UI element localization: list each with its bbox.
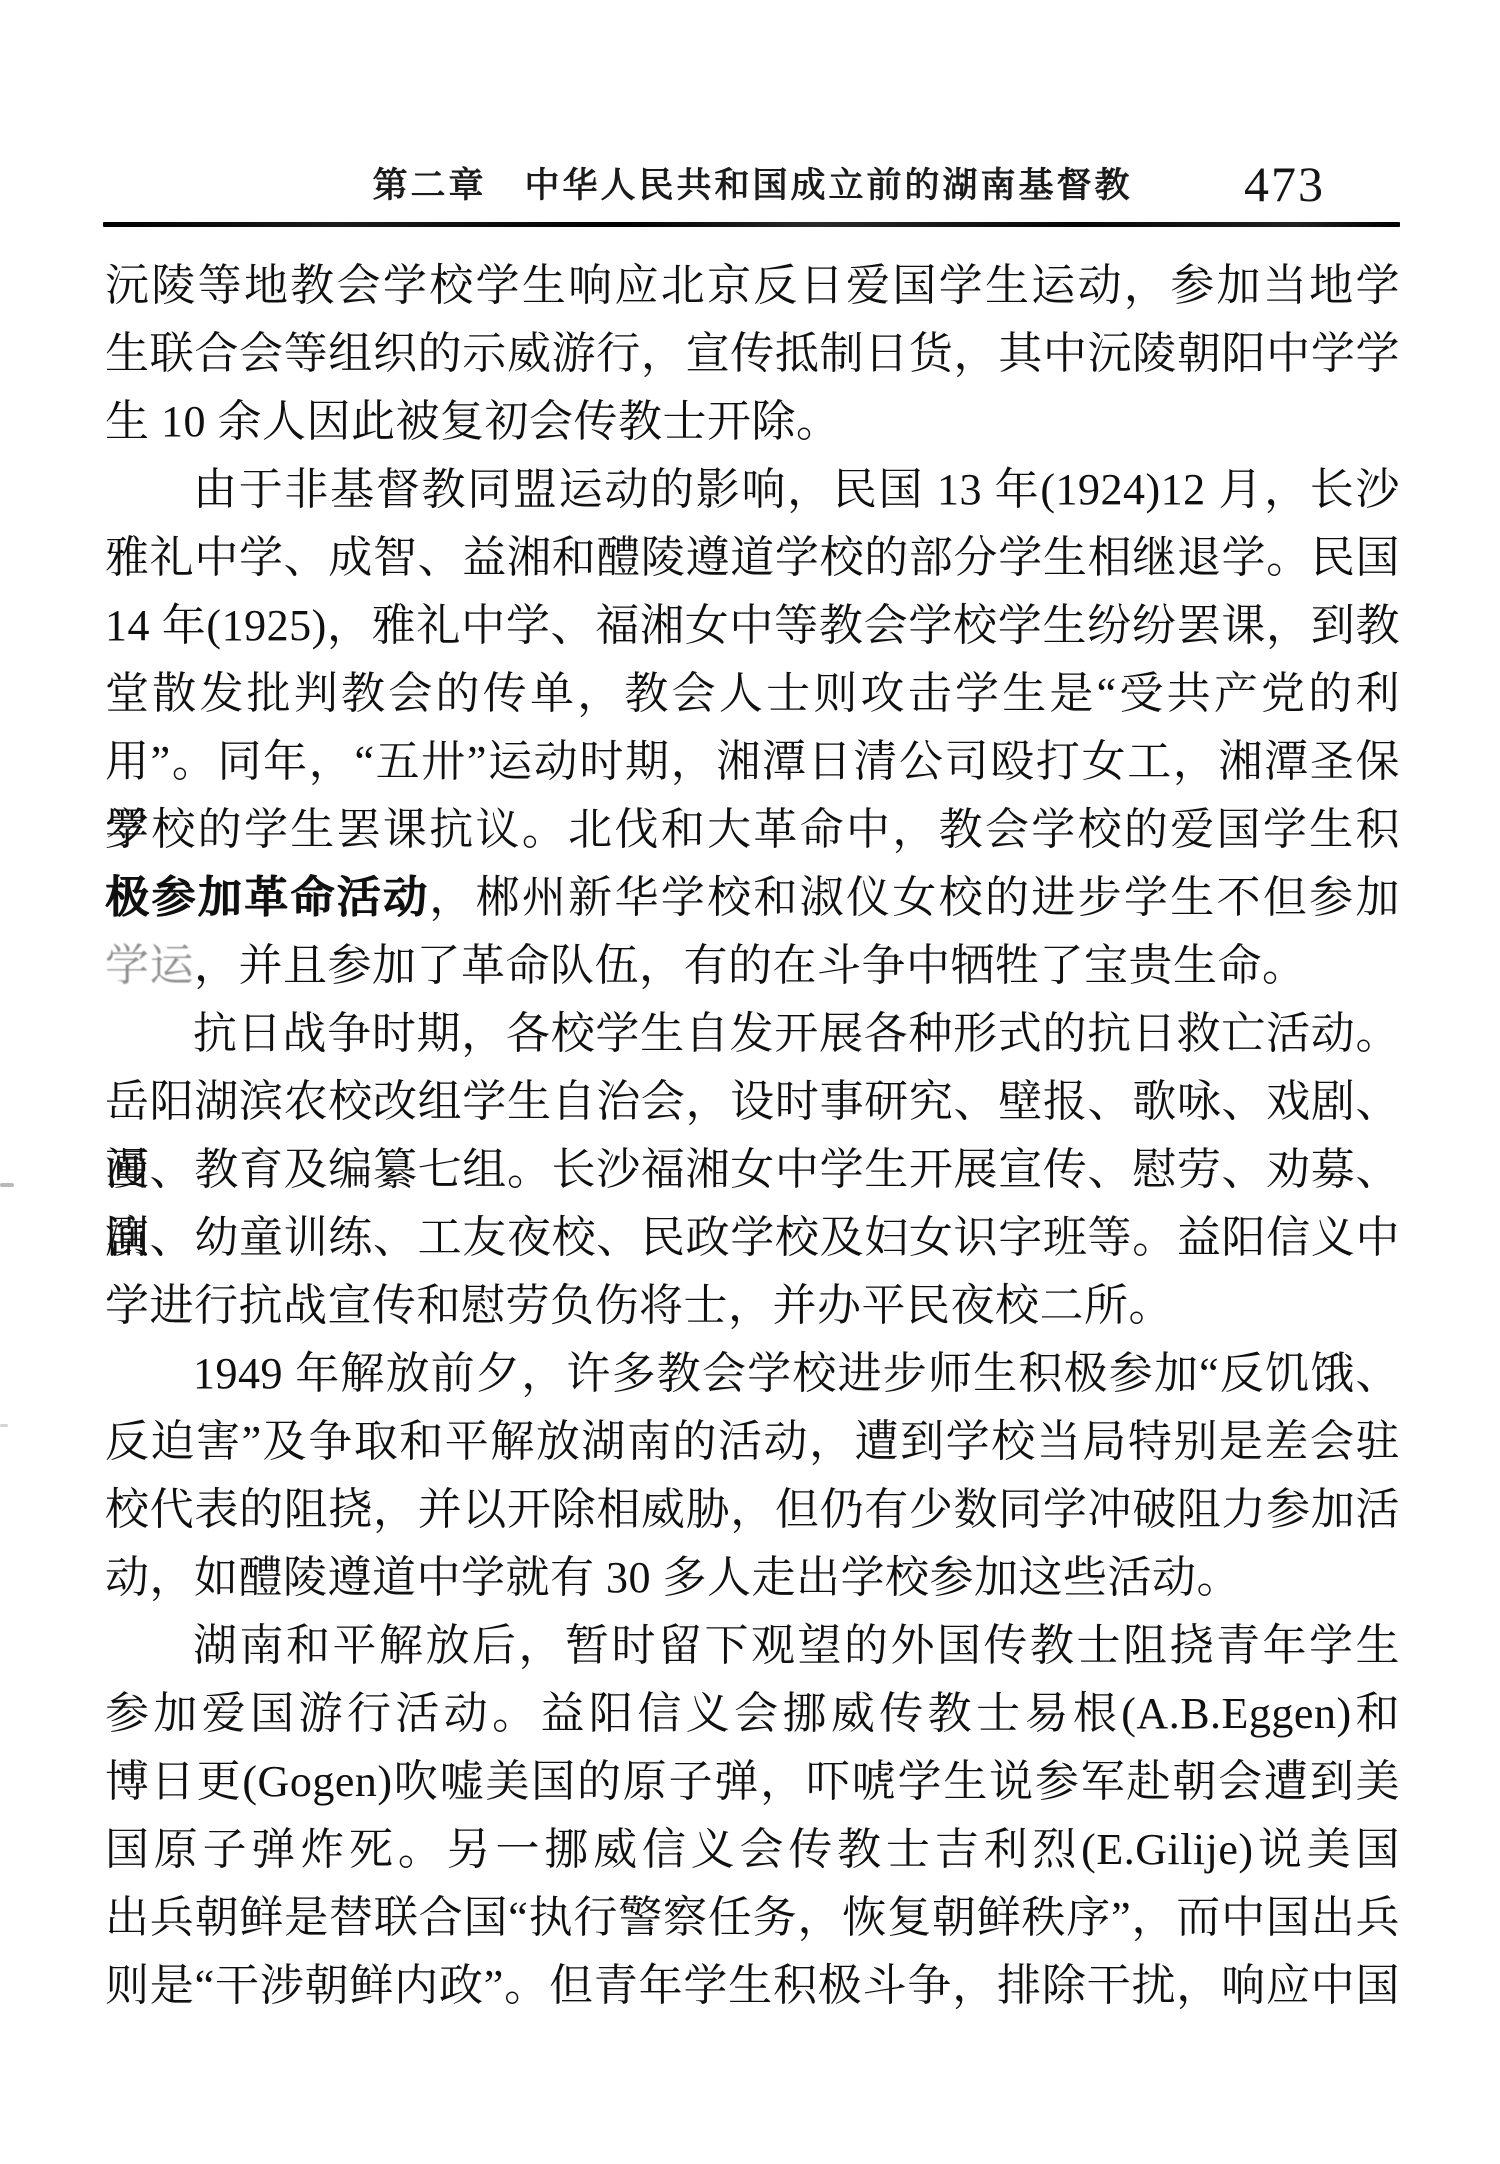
text-line: 学校的学生罢课抗议。北伐和大革命中，教会学校的爱国学生积 [105, 796, 1400, 864]
header-rule [103, 222, 1400, 227]
text-line: 雅礼中学、成智、益湘和醴陵遵道学校的部分学生相继退学。民国 [105, 524, 1400, 592]
text-line: 剧、幼童训练、工友夜校、民政学校及妇女识字班等。益阳信义中 [105, 1204, 1400, 1272]
text-line: 博日更(Gogen)吹嘘美国的原子弹，吓唬学生说参军赴朝会遭到美 [105, 1748, 1400, 1816]
text-line: 生联合会等组织的示威游行，宣传抵制日货，其中沅陵朝阳中学学 [105, 320, 1400, 388]
text-line: 抗日战争时期，各校学生自发开展各种形式的抗日救亡活动。 [105, 1000, 1400, 1068]
text-line: 动，如醴陵遵道中学就有 30 多人走出学校参加这些活动。 [105, 1544, 1400, 1612]
text-line: 沅陵等地教会学校学生响应北京反日爱国学生运动，参加当地学 [105, 252, 1400, 320]
text-line: 反迫害”及争取和平解放湖南的活动，遭到学校当局特别是差会驻 [105, 1408, 1400, 1476]
text-line: 学进行抗战宣传和慰劳负伤将士，并办平民夜校二所。 [105, 1272, 1400, 1340]
body-text: 沅陵等地教会学校学生响应北京反日爱国学生运动，参加当地学 生联合会等组织的示威游… [105, 252, 1400, 2020]
text-line: 湖南和平解放后，暂时留下观望的外国传教士阻挠青年学生 [105, 1612, 1400, 1680]
chapter-title: 第二章 中华人民共和国成立前的湖南基督教 [105, 158, 1400, 214]
text-line: 堂散发批判教会的传单，教会人士则攻击学生是“受共产党的利 [105, 660, 1400, 728]
bold-text: 极参加革命活动 [105, 873, 429, 922]
running-header: 第二章 中华人民共和国成立前的湖南基督教 473 [105, 158, 1400, 214]
text-line: 生 10 余人因此被复初会传教士开除。 [105, 388, 1400, 456]
line-text: ，并且参加了革命队伍，有的在斗争中牺牲了宝贵生命。 [194, 941, 1307, 990]
faded-text: 学运 [105, 941, 194, 990]
text-line: 出兵朝鲜是替联合国“执行警察任务，恢复朝鲜秩序”，而中国出兵 [105, 1884, 1400, 1952]
text-line: 校代表的阻挠，并以开除相威胁，但仍有少数同学冲破阻力参加活 [105, 1476, 1400, 1544]
text-line: 则是“干涉朝鲜内政”。但青年学生积极斗争，排除干扰，响应中国 [105, 1952, 1400, 2020]
text-line: 由于非基督教同盟运动的影响，民国 13 年(1924)12 月，长沙 [105, 456, 1400, 524]
text-line: 学运，并且参加了革命队伍，有的在斗争中牺牲了宝贵生命。 [105, 932, 1400, 1000]
page-number: 473 [1244, 156, 1325, 212]
text-line: 用”。同年，“五卅”运动时期，湘潭日清公司殴打女工，湘潭圣保罗 [105, 728, 1400, 796]
text-line: 极参加革命活动，郴州新华学校和淑仪女校的进步学生不但参加 [105, 864, 1400, 932]
line-text: ，郴州新华学校和淑仪女校的进步学生不但参加 [429, 873, 1400, 922]
text-line: 1949 年解放前夕，许多教会学校进步师生积极参加“反饥饿、 [105, 1340, 1400, 1408]
text-line: 国原子弹炸死。另一挪威信义会传教士吉利烈(E.Gilije)说美国 [105, 1816, 1400, 1884]
text-line: 岳阳湖滨农校改组学生自治会，设时事研究、壁报、歌咏、戏剧、漫 [105, 1068, 1400, 1136]
page: 第二章 中华人民共和国成立前的湖南基督教 473 沅陵等地教会学校学生响应北京反… [0, 0, 1500, 2164]
scan-artifact [0, 1183, 14, 1187]
text-line: 画、教育及编纂七组。长沙福湘女中学生开展宣传、慰劳、劝募、演 [105, 1136, 1400, 1204]
scan-artifact [0, 1424, 8, 1427]
text-line: 参加爱国游行活动。益阳信义会挪威传教士易根(A.B.Eggen)和 [105, 1680, 1400, 1748]
text-line: 14 年(1925)，雅礼中学、福湘女中等教会学校学生纷纷罢课，到教 [105, 592, 1400, 660]
